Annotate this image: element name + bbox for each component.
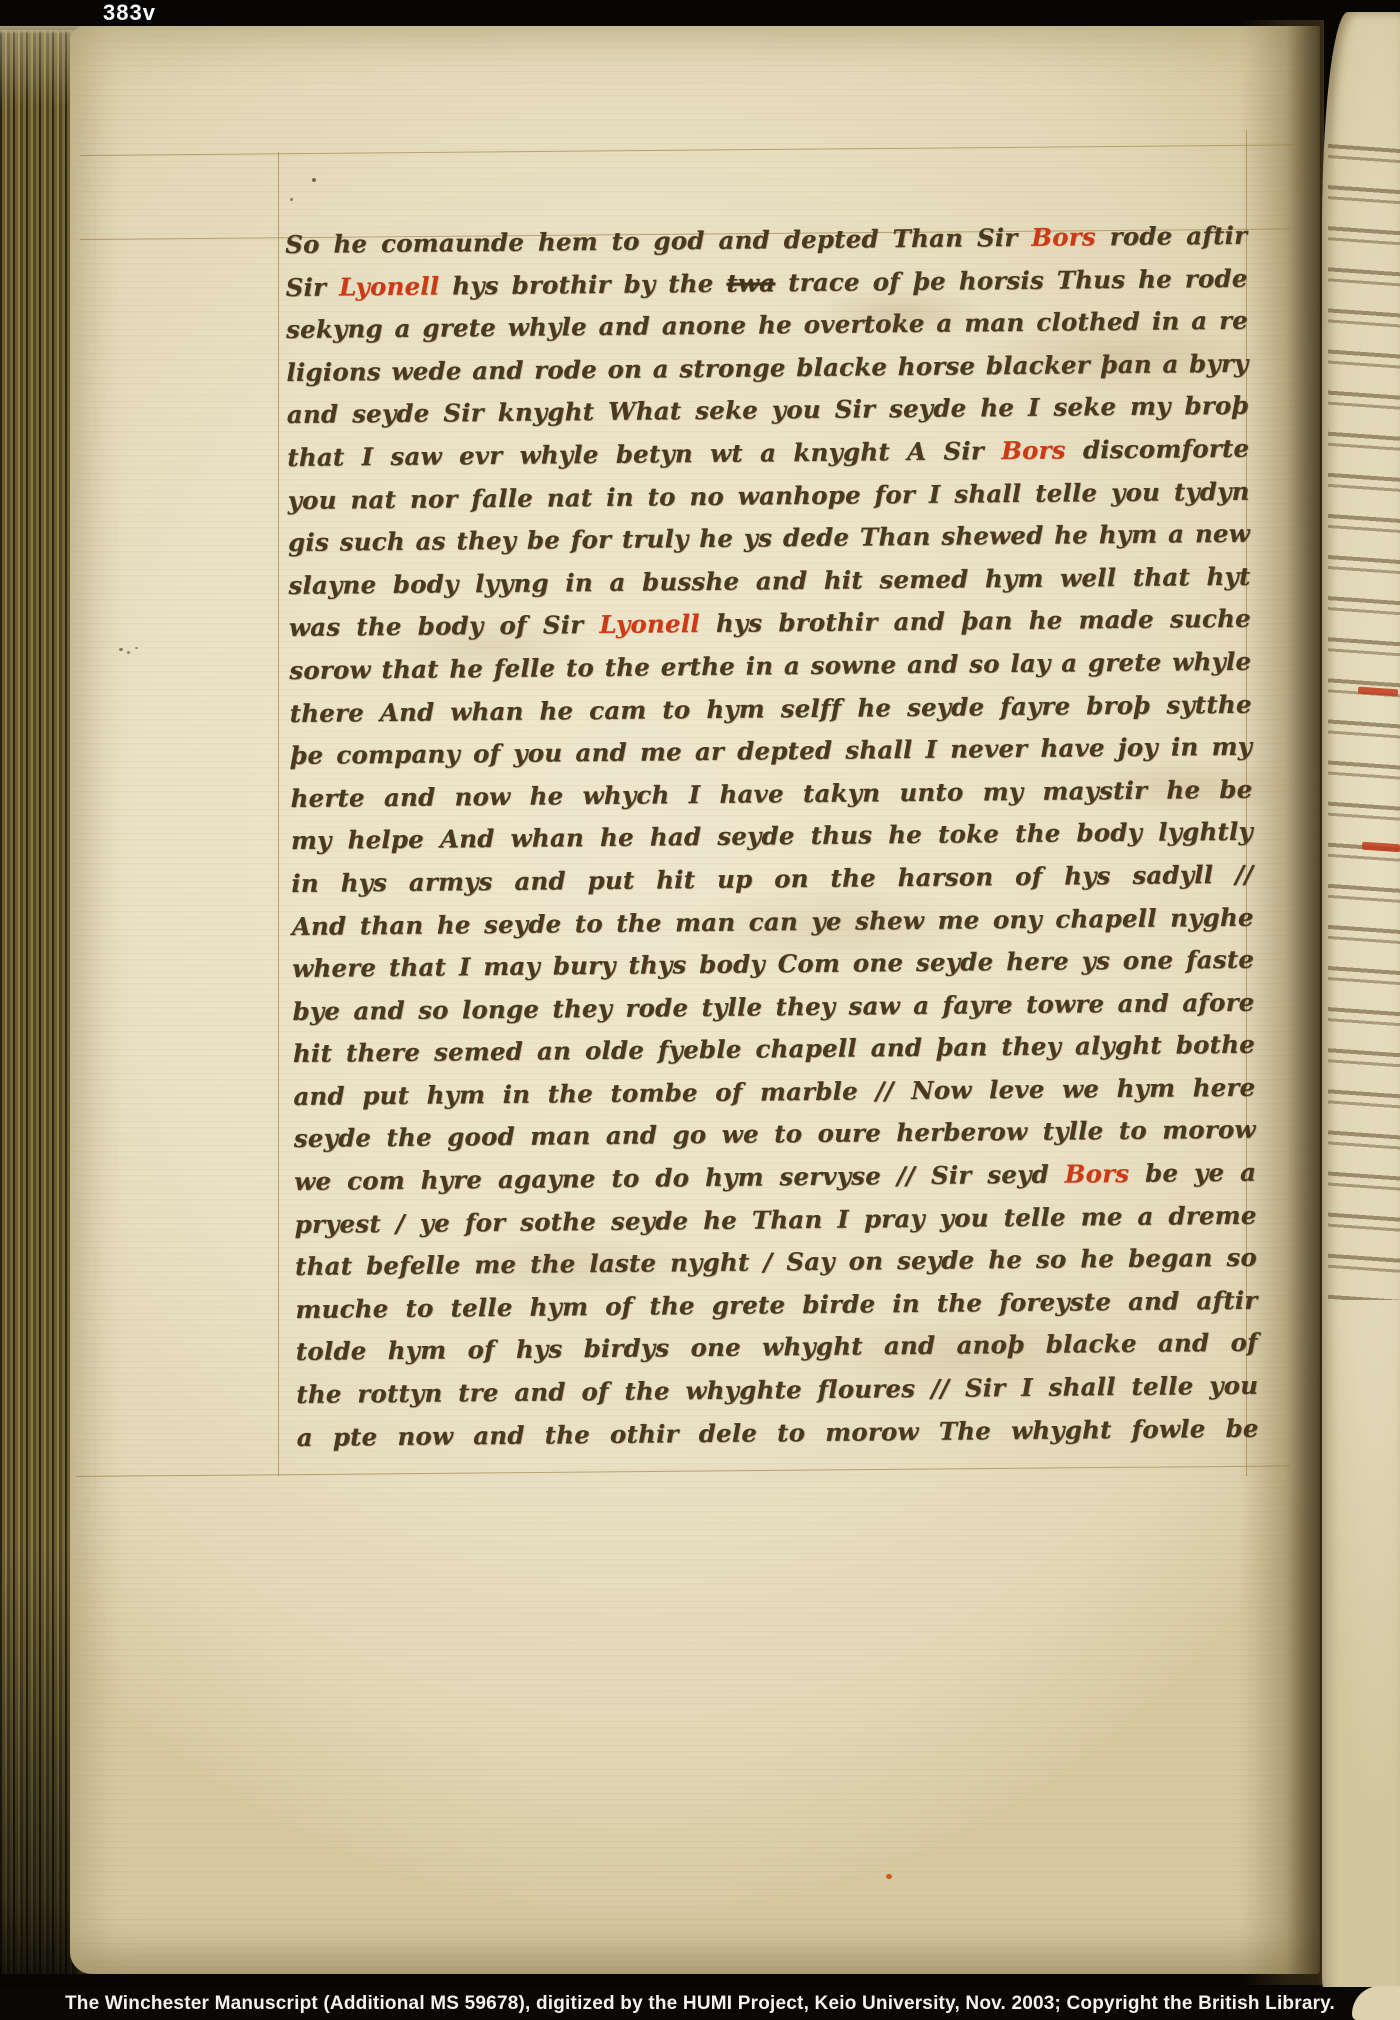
text-segment: the rottyn tre and of the whyghte floure… <box>296 1371 1258 1409</box>
ruling-line-left <box>278 152 279 1476</box>
text-segment: pryest / ye for sothe seyde he Than I pr… <box>294 1200 1256 1238</box>
text-segment: þe company of you and me ar depted shall… <box>290 732 1252 770</box>
facing-page-text-texture <box>1328 140 1400 1300</box>
text-segment: herte and now he whych I have takyn unto… <box>290 774 1252 812</box>
text-segment: and put hym in the tombe of marble // No… <box>293 1073 1255 1111</box>
text-segment: there And whan he cam to hym selff he se… <box>290 689 1252 727</box>
ink-speck <box>312 178 316 182</box>
text-segment: seyde the good man and go we to oure her… <box>294 1115 1256 1153</box>
text-segment: that befelle me the laste nyght / Say on… <box>295 1243 1257 1281</box>
text-segment: we com hyre agayne to do hym servyse // … <box>294 1160 1065 1196</box>
ink-speck <box>290 198 293 201</box>
text-segment: ligions wede and rode on a stronge black… <box>286 349 1248 387</box>
text-segment: in hys armys and put hit up on the harso… <box>291 860 1253 898</box>
caption-bar: The Winchester Manuscript (Additional MS… <box>0 1987 1400 2020</box>
text-segment: Sir <box>285 272 339 302</box>
text-segment: and seyde Sir knyght What seke you Sir s… <box>287 391 1249 429</box>
red-paint-speck <box>886 1874 892 1879</box>
margin-smudge <box>127 651 130 654</box>
margin-smudge <box>135 647 138 649</box>
text-segment: sorow that he felle to the erthe in a so… <box>289 647 1251 685</box>
rubricated-name: Bors <box>1031 222 1096 252</box>
text-segment: muche to telle hym of the grete birde in… <box>295 1286 1257 1324</box>
text-segment: bye and so longe they rode tylle they sa… <box>292 987 1254 1025</box>
text-segment: trace of þe horsis Thus he rode <box>775 263 1248 297</box>
text-segment: And than he seyde to the man can ye shew… <box>292 902 1254 940</box>
text-segment: discomforte <box>1066 434 1250 465</box>
text-segment: sekyng a grete whyle and anone he overto… <box>286 306 1248 344</box>
rubricated-name: Lyonell <box>599 609 700 639</box>
rubricated-name: Bors <box>1065 1159 1130 1189</box>
text-segment: where that I may bury thys body Com one … <box>292 945 1254 983</box>
text-segment: hys brothir by the <box>439 268 726 300</box>
caption-text: The Winchester Manuscript (Additional MS… <box>0 1993 1400 2015</box>
rubricated-name: Bors <box>1001 435 1066 465</box>
text-segment: hit there semed an olde fyeble chapell a… <box>293 1030 1255 1068</box>
text-segment: twa <box>726 268 775 297</box>
text-segment: gis such as they be for truly he ys dede… <box>288 519 1250 557</box>
text-segment: hys brothir and þan he made suche <box>700 604 1251 638</box>
manuscript-photo: So he comaunde hem to god and depted Tha… <box>0 0 1400 2020</box>
text-segment: a pte now and the othir dele to morow Th… <box>297 1413 1259 1451</box>
rubricated-name: Lyonell <box>339 271 440 301</box>
text-segment: tolde hym of hys birdys one whyght and a… <box>296 1328 1258 1366</box>
text-segment: was the body of Sir <box>289 610 600 642</box>
text-segment: slayne body lyyng in a busshe and hit se… <box>288 561 1250 599</box>
text-segment: rode aftir <box>1096 221 1248 251</box>
text-segment: you nat nor falle nat in to no wanhope f… <box>288 476 1250 514</box>
folio-number: 383v <box>103 0 156 26</box>
text-segment: my helpe And whan he had seyde thus he t… <box>291 817 1253 855</box>
text-segment: be ye a <box>1129 1158 1256 1188</box>
margin-smudge <box>119 648 123 651</box>
text-segment: So he comaunde hem to god and depted Tha… <box>285 223 1031 259</box>
text-block: So he comaunde hem to god and depted Tha… <box>285 215 1259 1459</box>
text-segment: that I saw evr whyle betyn wt a knyght A… <box>287 436 1001 472</box>
